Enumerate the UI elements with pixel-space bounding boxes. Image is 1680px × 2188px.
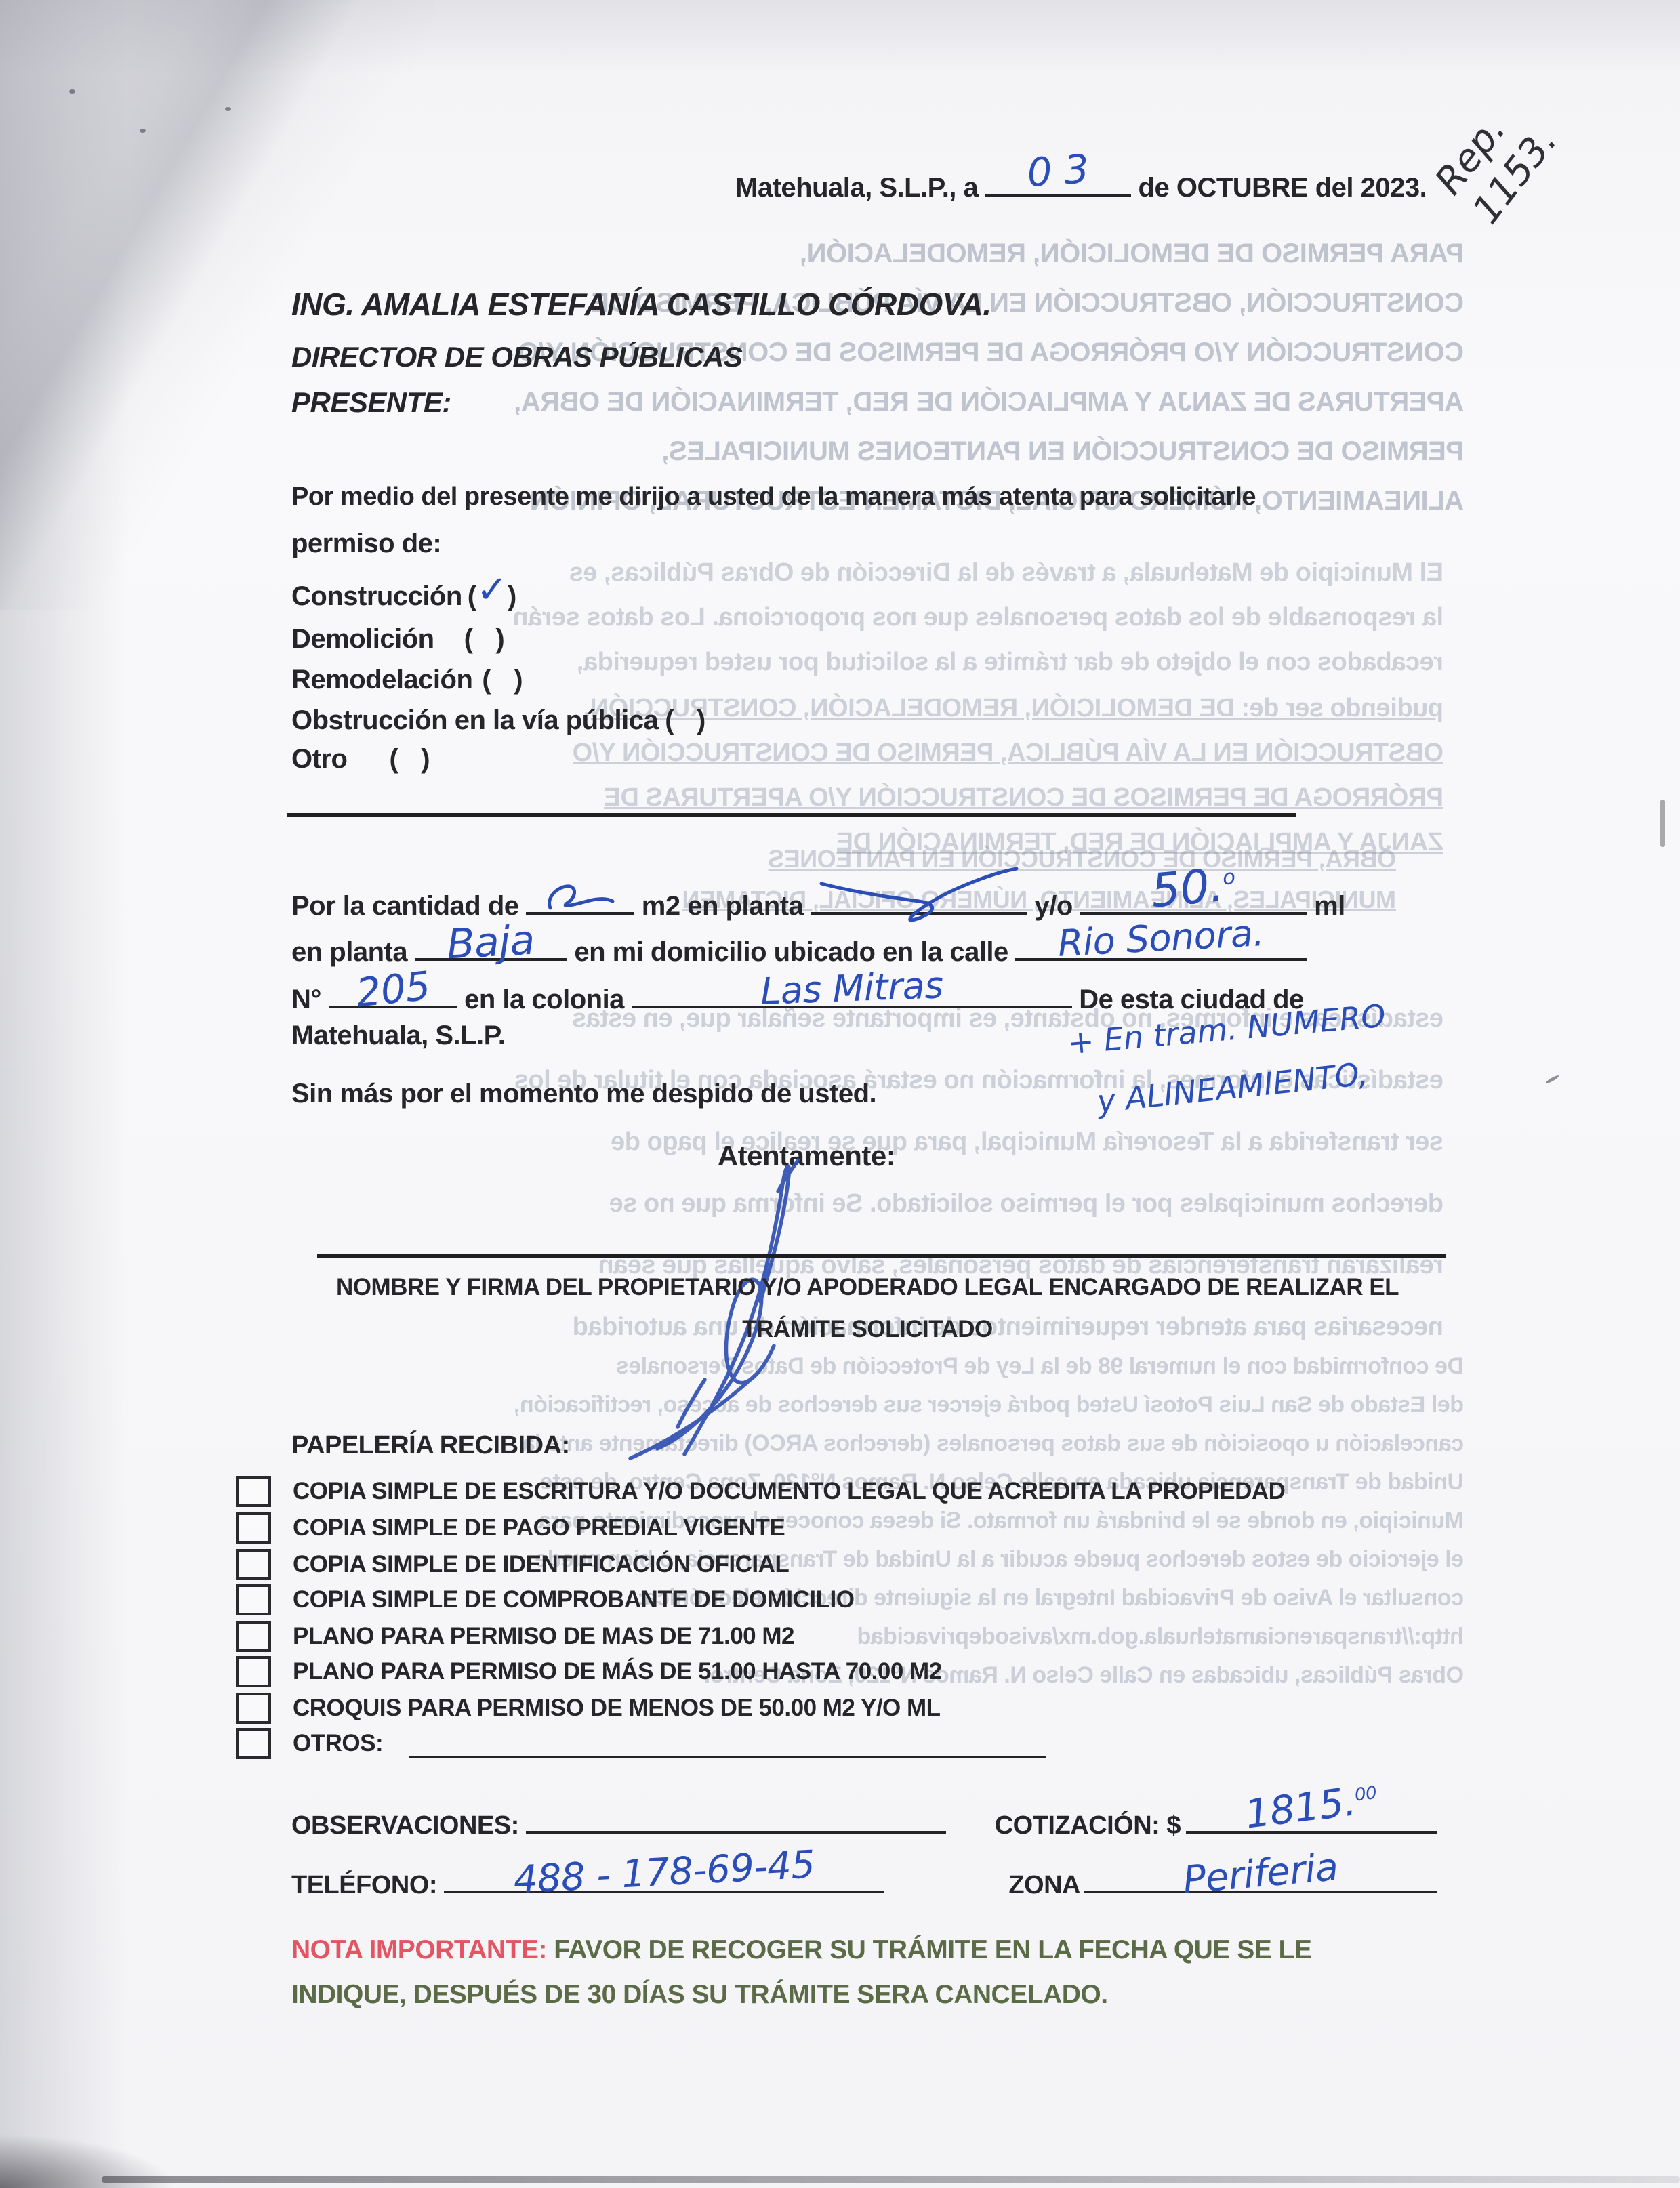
checklist-label: COPIA SIMPLE DE PAGO PREDIAL VIGENTE: [293, 1514, 785, 1542]
handwritten-telefono: 488 - 178-69-45: [512, 1842, 816, 1902]
checklist-item: CROQUIS PARA PERMISO DE MENOS DE 50.00 M…: [236, 1693, 941, 1724]
signature-line: [317, 1254, 1446, 1258]
bottom-left-corner-shadow: [0, 2134, 176, 2188]
recipient-salutation: PRESENTE:: [291, 386, 451, 419]
bottom-scan-edge: [102, 2176, 1680, 2183]
m2-field: [526, 881, 634, 915]
recipient-name: ING. AMALIA ESTEFANÍA CASTILLO CÓRDOVA.: [291, 286, 991, 323]
checklist-item: PLANO PARA PERMISO DE MAS DE 71.00 M2: [236, 1621, 794, 1652]
otro-blank-line: [287, 813, 1296, 817]
observaciones-row: OBSERVACIONES: COTIZACIÓN: $ 1815.00: [291, 1802, 1437, 1840]
toner-speck: [140, 129, 146, 133]
bleedthrough-header: PARA PERMISO DE DEMOLICIÓN, REMODELACIÓN…: [291, 229, 1464, 526]
signature-caption-2: TRÁMITE SOLICITADO: [291, 1316, 1443, 1343]
quantity-part2: m2 en planta: [642, 891, 804, 921]
zona-label: ZONA: [1008, 1871, 1080, 1900]
option-label: Obstrucción en la vía pública: [291, 705, 658, 735]
cotizacion-cents: 00: [1353, 1783, 1378, 1806]
checklist-item: PLANO PARA PERMISO DE MÁS DE 51.00 HASTA…: [236, 1656, 942, 1687]
paren-close: ): [495, 624, 504, 654]
paren-close: ): [421, 744, 430, 774]
cotizacion-value: 1815.: [1243, 1778, 1359, 1837]
option-label: Remodelación: [291, 665, 472, 695]
signature-caption-1: NOMBRE Y FIRMA DEL PROPIETARIO Y/O APODE…: [291, 1274, 1443, 1301]
checklist-item: COPIA SIMPLE DE IDENTIFICACIÓN OFICIAL: [236, 1549, 789, 1580]
address-part1: N°: [291, 985, 321, 1014]
closing-line: Sin más por el momento me despido de ust…: [291, 1079, 876, 1109]
address-line: N° 205 en la colonia Las Mitras De esta …: [291, 974, 1304, 1015]
observaciones-label: OBSERVACIONES:: [291, 1811, 519, 1840]
scanned-permit-form: PARA PERMISO DE DEMOLICIÓN, REMODELACIÓN…: [0, 0, 1680, 2188]
toner-speck: [69, 89, 75, 94]
intro-line-2: permiso de:: [291, 529, 441, 559]
paren-open: (: [468, 581, 476, 612]
telefono-label: TELÉFONO:: [291, 1871, 437, 1900]
signature: [583, 1142, 840, 1461]
cotizacion-field: 1815.00: [1186, 1802, 1437, 1834]
date-day-field: 0 3: [985, 163, 1131, 197]
otros-label: OTROS:: [293, 1730, 383, 1757]
handwritten-planta: Baja: [446, 917, 536, 969]
checklist-label: COPIA SIMPLE DE ESCRITURA Y/O DOCUMENTO …: [293, 1478, 1285, 1505]
observaciones-field: [526, 1802, 946, 1834]
corner-registry-note: Rep. 1153.: [1426, 89, 1568, 234]
checklist-label: COPIA SIMPLE DE IDENTIFICACIÓN OFICIAL: [293, 1551, 789, 1578]
ml-value-superscript: o: [1222, 865, 1236, 890]
handwritten-number: 205: [354, 962, 432, 1016]
option-label: Demolición: [291, 624, 434, 654]
margin-note-line-2: y ALINEAMIENTO,: [1095, 1055, 1370, 1120]
handwritten-colonia: Las Mitras: [760, 964, 944, 1012]
quantity-part4: ml: [1314, 891, 1345, 921]
paren-close: ): [514, 665, 523, 695]
cotizacion-label: COTIZACIÓN: $: [995, 1811, 1181, 1840]
handwritten-cotizacion: 1815.00: [1243, 1775, 1380, 1837]
checkbox-empty: [236, 1656, 271, 1687]
colonia-field: Las Mitras: [632, 974, 1072, 1008]
checkbox-empty: [236, 1584, 271, 1615]
right-edge-mark: [1660, 800, 1665, 847]
address-part2: en la colonia: [464, 985, 624, 1014]
date-suffix: de OCTUBRE del 2023.: [1139, 173, 1427, 203]
date-line: Matehuala, S.L.P., a 0 3 de OCTUBRE del …: [735, 163, 1427, 203]
intro-line-1: Por medio del presente me dirijo a usted…: [291, 482, 1256, 512]
checklist-item: COPIA SIMPLE DE COMPROBANTE DE DOMICILIO: [236, 1584, 854, 1615]
checklist-item-otros: OTROS:: [236, 1728, 1046, 1759]
checkbox-empty: [236, 1512, 271, 1544]
ml-field: 50.o: [1080, 881, 1307, 915]
option-demolicion: Demolición(): [291, 624, 504, 655]
planta-alta-field: [811, 881, 1027, 915]
handwritten-scribble: [537, 878, 618, 916]
option-construccion: Construcción(✓): [291, 581, 516, 612]
option-remodelacion: Remodelación(): [291, 665, 523, 695]
recipient-title: DIRECTOR DE OBRAS PÚBLICAS: [291, 341, 742, 373]
pen-stray-mark: [1545, 1074, 1560, 1084]
checklist-label: PLANO PARA PERMISO DE MAS DE 71.00 M2: [293, 1623, 794, 1650]
nota-label: NOTA IMPORTANTE:: [291, 1935, 547, 1964]
telefono-field: 488 - 178-69-45: [444, 1862, 884, 1893]
paren-close: ): [508, 581, 516, 611]
nota-line-2: INDIQUE, DESPUÉS DE 30 DÍAS SU TRÁMITE S…: [291, 1980, 1108, 2010]
planta-field: Baja: [415, 927, 567, 961]
checklist-item: COPIA SIMPLE DE PAGO PREDIAL VIGENTE: [236, 1512, 785, 1544]
ml-value: 50.: [1149, 859, 1225, 918]
paren-close: ): [697, 705, 705, 735]
checklist-item: COPIA SIMPLE DE ESCRITURA Y/O DOCUMENTO …: [236, 1476, 1285, 1507]
handwritten-day: 0 3: [1026, 146, 1090, 196]
planta-line: en planta Baja en mi domicilio ubicado e…: [291, 927, 1307, 968]
city-line: Matehuala, S.L.P.: [291, 1020, 505, 1051]
handwritten-scribble: [817, 863, 1021, 924]
checklist-label: CROQUIS PARA PERMISO DE MENOS DE 50.00 M…: [293, 1695, 941, 1722]
paren-open: (: [482, 665, 491, 695]
planta-part2: en mi domicilio ubicado en la calle: [574, 937, 1008, 967]
checklist-label: COPIA SIMPLE DE COMPROBANTE DE DOMICILIO: [293, 1586, 854, 1613]
planta-part1: en planta: [291, 937, 407, 967]
checkbox-empty: [236, 1621, 271, 1652]
nota-line-1: NOTA IMPORTANTE: FAVOR DE RECOGER SU TRÁ…: [291, 1935, 1311, 1965]
paren-open: (: [389, 744, 398, 775]
top-edge-shadow: [0, 0, 1680, 75]
left-edge-shadow: [0, 0, 129, 2188]
otros-field: [409, 1729, 1046, 1758]
handwritten-zona: Periferia: [1181, 1845, 1340, 1903]
handwritten-ml-value: 50.o: [1149, 858, 1237, 919]
option-otro: Otro(): [291, 744, 430, 775]
date-prefix: Matehuala, S.L.P., a: [735, 173, 978, 203]
zona-field: Periferia: [1084, 1862, 1437, 1893]
option-label: Otro: [291, 744, 347, 774]
paren-open: (: [665, 705, 674, 736]
quantity-part1: Por la cantidad de: [291, 891, 519, 921]
option-obstruccion: Obstrucción en la vía pública(): [291, 705, 705, 736]
telefono-row: TELÉFONO: 488 - 178-69-45 ZONA Periferia: [291, 1862, 1437, 1900]
paren-open: (: [464, 624, 473, 655]
toner-speck: [225, 107, 231, 111]
checkbox-empty: [236, 1728, 271, 1759]
checklist-label: PLANO PARA PERMISO DE MÁS DE 51.00 HASTA…: [293, 1658, 942, 1685]
street-field: Rio Sonora.: [1015, 927, 1307, 961]
number-field: 205: [329, 974, 457, 1008]
checkbox-empty: [236, 1476, 271, 1507]
option-label: Construcción: [291, 581, 462, 611]
nota-text-1: FAVOR DE RECOGER SU TRÁMITE EN LA FECHA …: [554, 1935, 1311, 1964]
paperwork-title: PAPELERÍA RECIBIDA:: [291, 1431, 570, 1460]
checkbox-empty: [236, 1549, 271, 1580]
checkbox-empty: [236, 1693, 271, 1724]
quantity-part3: y/o: [1035, 891, 1073, 921]
